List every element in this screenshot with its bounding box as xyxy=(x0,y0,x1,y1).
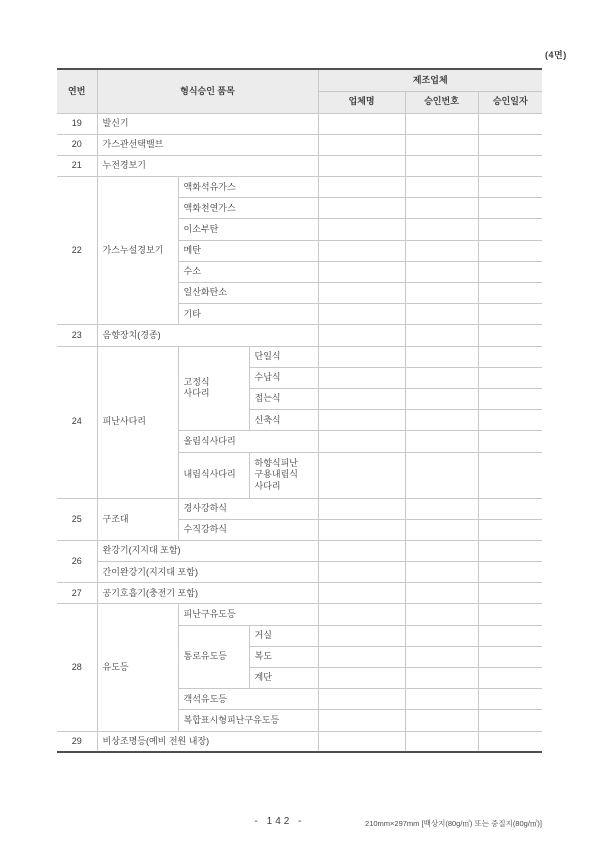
sub-type-cell: 복도 xyxy=(249,646,318,667)
table-row: 22 가스누설경보기 액화석유가스 xyxy=(57,177,542,198)
sub-item-cell: 기타 xyxy=(178,304,318,325)
company-cell xyxy=(318,431,405,452)
approval-no-cell xyxy=(405,731,478,752)
approval-date-cell xyxy=(478,325,542,346)
approval-date-cell xyxy=(478,410,542,431)
company-cell xyxy=(318,540,405,561)
approval-no-cell xyxy=(405,219,478,240)
approval-date-cell xyxy=(478,240,542,261)
table-row: 19 발신기 xyxy=(57,113,542,134)
paper-spec-note: 210mm×297mm [백상지(80g/㎡) 또는 중질지(80g/㎡)] xyxy=(365,818,542,829)
item-cell: 음향장치(경종) xyxy=(97,325,318,346)
approval-no-cell xyxy=(405,198,478,219)
approval-date-cell xyxy=(478,604,542,625)
company-cell xyxy=(318,346,405,367)
approval-date-cell xyxy=(478,540,542,561)
table-row: 간이완강기(지지대 포함) xyxy=(57,562,542,583)
sub-item-cell: 복합표시형피난구유도등 xyxy=(178,710,318,731)
approval-no-cell xyxy=(405,625,478,646)
header-manufacturer: 제조업체 xyxy=(318,69,542,91)
item-cell: 공기호흡기(충전기 포함) xyxy=(97,583,318,604)
table-row: 21 누전경보기 xyxy=(57,155,542,176)
sub-type-cell: 접는식 xyxy=(249,388,318,409)
row-no: 24 xyxy=(57,346,97,498)
company-cell xyxy=(318,219,405,240)
approval-no-cell xyxy=(405,283,478,304)
approval-no-cell xyxy=(405,452,478,498)
sub-type-cell: 수납식 xyxy=(249,367,318,388)
table-row: 26 완강기(지지대 포함) xyxy=(57,540,542,561)
header-approval-item: 형식승인 품목 xyxy=(97,69,318,113)
approval-no-cell xyxy=(405,346,478,367)
row-no: 25 xyxy=(57,498,97,540)
item-cell: 누전경보기 xyxy=(97,155,318,176)
approval-no-cell xyxy=(405,240,478,261)
company-cell xyxy=(318,155,405,176)
sub-type-cell: 하향식피난 구용내림식 사다리 xyxy=(249,452,318,498)
approval-no-cell xyxy=(405,562,478,583)
sub-item-cell: 수소 xyxy=(178,261,318,282)
company-cell xyxy=(318,519,405,540)
company-cell xyxy=(318,410,405,431)
approval-date-cell xyxy=(478,283,542,304)
approval-date-cell xyxy=(478,668,542,689)
approval-date-cell xyxy=(478,731,542,752)
header-approval-number: 승인번호 xyxy=(405,91,478,113)
approval-date-cell xyxy=(478,261,542,282)
approval-date-cell xyxy=(478,562,542,583)
sub-item-cell: 액화천연가스 xyxy=(178,198,318,219)
item-cell: 비상조명등(예비 전원 내장) xyxy=(97,731,318,752)
approval-no-cell xyxy=(405,304,478,325)
header-seq-no: 연번 xyxy=(57,69,97,113)
sub-type-cell: 단일식 xyxy=(249,346,318,367)
company-cell xyxy=(318,261,405,282)
table-row: 24 피난사다리 고정식 사다리 단일식 xyxy=(57,346,542,367)
sub-item-cell: 경사강하식 xyxy=(178,498,318,519)
approval-date-cell xyxy=(478,367,542,388)
row-no: 27 xyxy=(57,583,97,604)
sub-group-cell: 고정식 사다리 xyxy=(178,346,249,431)
header-company-name: 업체명 xyxy=(318,91,405,113)
sub-type-cell: 거실 xyxy=(249,625,318,646)
company-cell xyxy=(318,731,405,752)
company-cell xyxy=(318,498,405,519)
item-cell: 구조대 xyxy=(97,498,178,540)
approval-date-cell xyxy=(478,519,542,540)
approval-no-cell xyxy=(405,261,478,282)
company-cell xyxy=(318,625,405,646)
item-cell: 유도등 xyxy=(97,604,178,731)
table-row: 29 비상조명등(예비 전원 내장) xyxy=(57,731,542,752)
company-cell xyxy=(318,646,405,667)
company-cell xyxy=(318,198,405,219)
sub-item-cell: 일산화탄소 xyxy=(178,283,318,304)
table-row: 27 공기호흡기(충전기 포함) xyxy=(57,583,542,604)
approval-no-cell xyxy=(405,155,478,176)
approval-date-cell xyxy=(478,346,542,367)
row-no: 20 xyxy=(57,134,97,155)
company-cell xyxy=(318,668,405,689)
sub-item-cell: 액화석유가스 xyxy=(178,177,318,198)
sub-item-cell: 객석유도등 xyxy=(178,689,318,710)
item-cell: 간이완강기(지지대 포함) xyxy=(97,562,318,583)
company-cell xyxy=(318,367,405,388)
company-cell xyxy=(318,689,405,710)
row-no: 29 xyxy=(57,731,97,752)
approval-date-cell xyxy=(478,113,542,134)
row-no: 23 xyxy=(57,325,97,346)
approval-no-cell xyxy=(405,519,478,540)
approval-no-cell xyxy=(405,646,478,667)
company-cell xyxy=(318,388,405,409)
table-row: 28 유도등 피난구유도등 xyxy=(57,604,542,625)
approval-date-cell xyxy=(478,388,542,409)
approval-no-cell xyxy=(405,668,478,689)
approval-no-cell xyxy=(405,689,478,710)
item-cell: 피난사다리 xyxy=(97,346,178,498)
approval-date-cell xyxy=(478,304,542,325)
approval-no-cell xyxy=(405,388,478,409)
approval-date-cell xyxy=(478,198,542,219)
sub-group-cell: 통로유도등 xyxy=(178,625,249,689)
company-cell xyxy=(318,710,405,731)
approval-date-cell xyxy=(478,155,542,176)
type-approval-table: 연번 형식승인 품목 제조업체 업체명 승인번호 승인일자 19 발신기 20 … xyxy=(57,68,542,753)
approval-date-cell xyxy=(478,710,542,731)
row-no: 26 xyxy=(57,540,97,582)
item-cell: 가스관선택밸브 xyxy=(97,134,318,155)
approval-date-cell xyxy=(478,625,542,646)
company-cell xyxy=(318,452,405,498)
approval-date-cell xyxy=(478,583,542,604)
row-no: 21 xyxy=(57,155,97,176)
company-cell xyxy=(318,604,405,625)
approval-no-cell xyxy=(405,177,478,198)
approval-no-cell xyxy=(405,134,478,155)
table-row: 20 가스관선택밸브 xyxy=(57,134,542,155)
approval-date-cell xyxy=(478,498,542,519)
sub-item-cell: 피난구유도등 xyxy=(178,604,318,625)
approval-no-cell xyxy=(405,583,478,604)
table-row: 25 구조대 경사강하식 xyxy=(57,498,542,519)
approval-no-cell xyxy=(405,325,478,346)
company-cell xyxy=(318,113,405,134)
approval-no-cell xyxy=(405,431,478,452)
company-cell xyxy=(318,562,405,583)
approval-no-cell xyxy=(405,604,478,625)
table-row: 23 음향장치(경종) xyxy=(57,325,542,346)
sub-item-cell: 메탄 xyxy=(178,240,318,261)
sub-item-cell: 수직강하식 xyxy=(178,519,318,540)
approval-no-cell xyxy=(405,113,478,134)
company-cell xyxy=(318,240,405,261)
approval-date-cell xyxy=(478,689,542,710)
approval-date-cell xyxy=(478,177,542,198)
approval-no-cell xyxy=(405,710,478,731)
sub-type-cell: 계단 xyxy=(249,668,318,689)
approval-date-cell xyxy=(478,134,542,155)
item-cell: 가스누설경보기 xyxy=(97,177,178,325)
header-approval-date: 승인일자 xyxy=(478,91,542,113)
row-no: 19 xyxy=(57,113,97,134)
table-header: 연번 형식승인 품목 제조업체 업체명 승인번호 승인일자 xyxy=(57,69,542,113)
company-cell xyxy=(318,583,405,604)
sub-item-cell: 이소부탄 xyxy=(178,219,318,240)
company-cell xyxy=(318,325,405,346)
page-sheet-tag: (4면) xyxy=(545,48,567,61)
item-cell: 발신기 xyxy=(97,113,318,134)
sub-item-cell: 올림식사다리 xyxy=(178,431,318,452)
approval-date-cell xyxy=(478,452,542,498)
approval-no-cell xyxy=(405,367,478,388)
row-no: 28 xyxy=(57,604,97,731)
approval-no-cell xyxy=(405,410,478,431)
company-cell xyxy=(318,283,405,304)
approval-date-cell xyxy=(478,219,542,240)
item-cell: 완강기(지지대 포함) xyxy=(97,540,318,561)
company-cell xyxy=(318,304,405,325)
company-cell xyxy=(318,134,405,155)
document-page: (4면) 연번 형식승인 품목 제조업체 업체명 승인번호 승인일자 19 발신… xyxy=(0,0,600,849)
approval-no-cell xyxy=(405,498,478,519)
sub-type-cell: 신축식 xyxy=(249,410,318,431)
company-cell xyxy=(318,177,405,198)
sub-group-cell: 내림식사다리 xyxy=(178,452,249,498)
row-no: 22 xyxy=(57,177,97,325)
approval-no-cell xyxy=(405,540,478,561)
approval-date-cell xyxy=(478,646,542,667)
approval-date-cell xyxy=(478,431,542,452)
